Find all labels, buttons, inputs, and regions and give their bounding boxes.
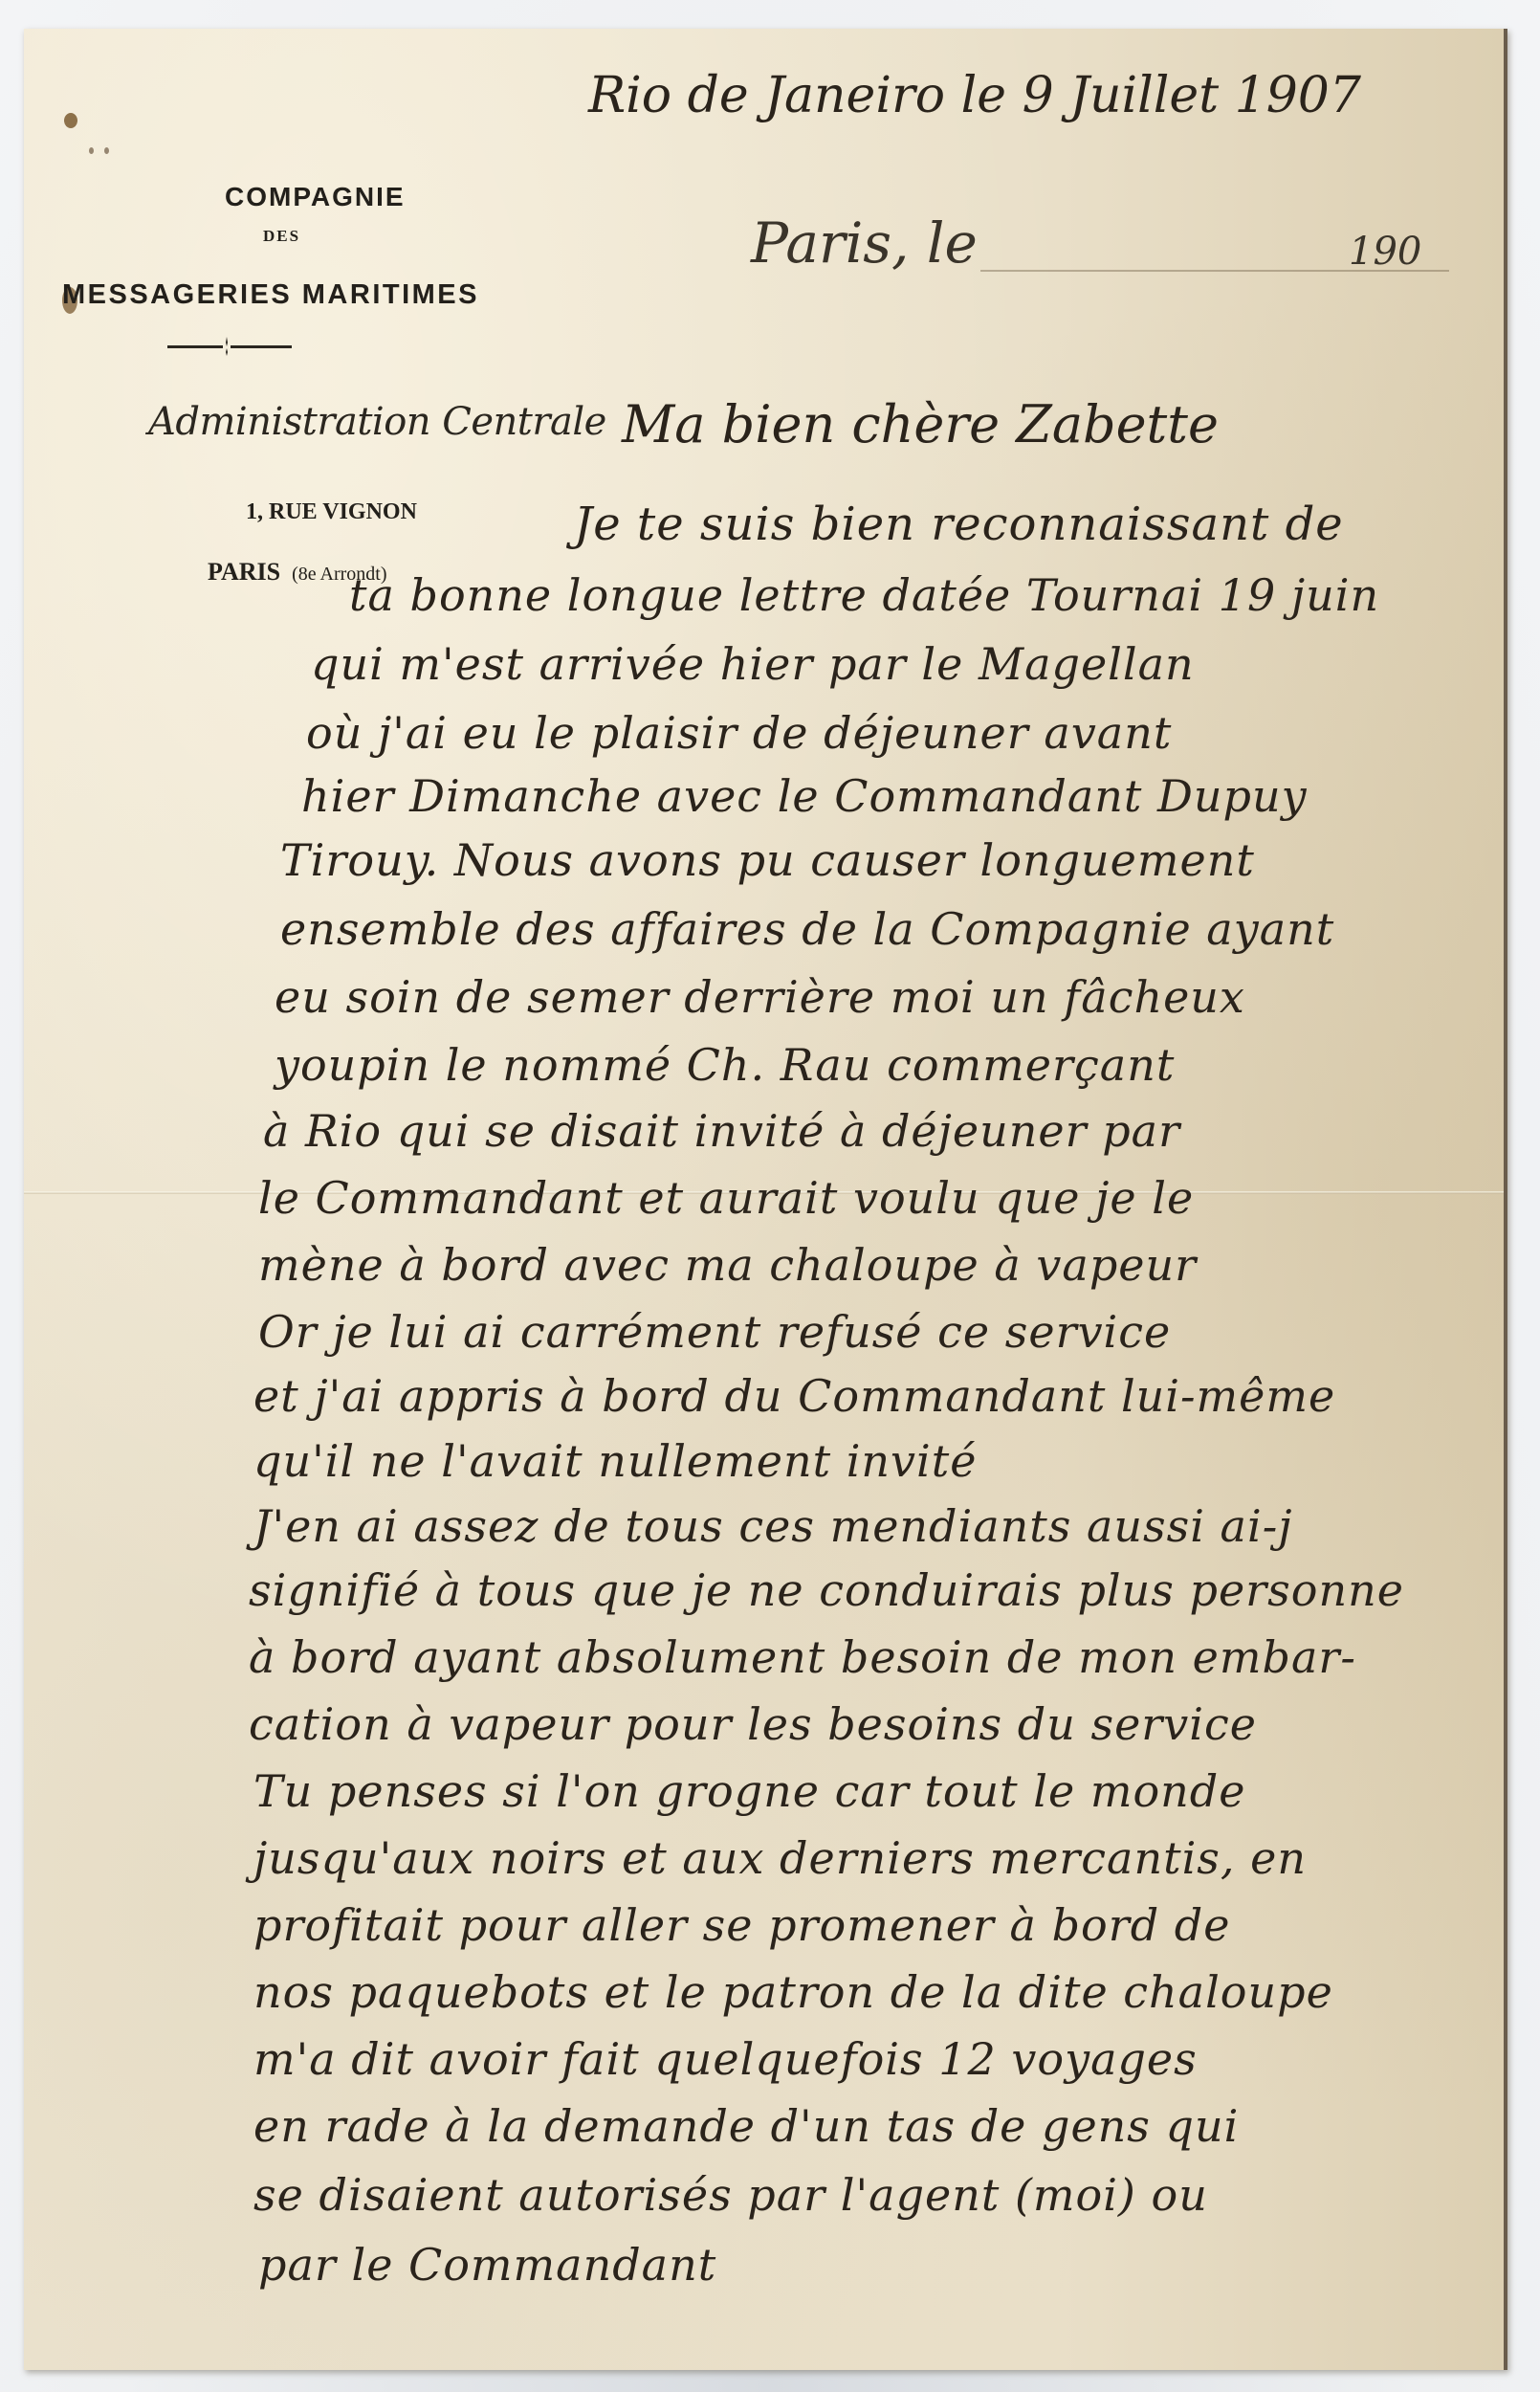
letterhead-company-line2: DES <box>263 227 300 246</box>
body-line: jusqu'aux noirs et aux derniers mercanti… <box>253 1832 1307 1884</box>
body-line: ensemble des affaires de la Compagnie ay… <box>280 903 1334 955</box>
letterhead-company-line1: COMPAGNIE <box>225 182 406 212</box>
handwritten-dateline: Rio de Janeiro le 9 Juillet 1907 <box>588 67 1361 124</box>
body-line: à bord ayant absolument besoin de mon em… <box>249 1631 1356 1683</box>
body-line: ta bonne longue lettre datée Tournai 19 … <box>349 569 1379 621</box>
body-line: Je te suis bien reconnaissant de <box>574 498 1344 551</box>
body-line: Tu penses si l'on grogne car tout le mon… <box>253 1765 1245 1817</box>
printed-place-date: Paris, le <box>751 210 978 276</box>
body-line: qu'il ne l'avait nullement invité <box>253 1435 977 1487</box>
rust-stain <box>64 113 77 128</box>
letterhead-street: 1, RUE VIGNON <box>246 499 417 525</box>
pin-hole <box>104 147 109 154</box>
body-line: nos paquebots et le patron de la dite ch… <box>253 1966 1333 2018</box>
body-line: hier Dimanche avec le Commandant Dupuy <box>301 770 1308 822</box>
body-line: se disaient autorisés par l'agent (moi) … <box>253 2169 1208 2221</box>
letterhead-department: Administration Centrale <box>148 400 606 444</box>
body-line: signifié à tous que je ne conduirais plu… <box>249 1564 1404 1616</box>
letter-sheet: COMPAGNIE DES MESSAGERIES MARITIMES Admi… <box>24 29 1507 2370</box>
pin-hole <box>89 147 94 154</box>
body-line: Or je lui ai carrément refusé ce service <box>258 1306 1171 1358</box>
body-line: profitait pour aller se promener à bord … <box>253 1899 1230 1951</box>
salutation: Ma bien chère Zabette <box>622 394 1219 454</box>
body-line: le Commandant et aurait voulu que je le <box>258 1172 1194 1224</box>
printed-year-prefix: 190 <box>1349 230 1421 274</box>
letterhead-company-line3: MESSAGERIES MARITIMES <box>62 279 479 311</box>
letterhead-divider <box>167 344 292 348</box>
body-line: eu soin de semer derrière moi un fâcheux <box>275 971 1245 1023</box>
body-line: qui m'est arrivée hier par le Magellan <box>311 638 1195 690</box>
body-line: m'a dit avoir fait quelquefois 12 voyage… <box>253 2033 1198 2085</box>
body-line: et j'ai appris à bord du Commandant lui-… <box>253 1370 1335 1422</box>
body-line: par le Commandant <box>258 2239 716 2291</box>
body-line: où j'ai eu le plaisir de déjeuner avant <box>306 707 1172 759</box>
body-line: cation à vapeur pour les besoins du serv… <box>249 1698 1257 1750</box>
body-line: Tirouy. Nous avons pu causer longuement <box>280 834 1255 886</box>
divider-ornament-icon <box>225 337 229 356</box>
letterhead-city: PARIS <box>208 558 280 586</box>
body-line: youpin le nommé Ch. Rau commerçant <box>275 1039 1175 1091</box>
body-line: J'en ai assez de tous ces mendiants auss… <box>253 1500 1293 1552</box>
body-line: mène à bord avec ma chaloupe à vapeur <box>258 1239 1197 1291</box>
body-line: en rade à la demande d'un tas de gens qu… <box>253 2100 1239 2152</box>
body-line: à Rio qui se disait invité à déjeuner pa… <box>263 1105 1180 1157</box>
